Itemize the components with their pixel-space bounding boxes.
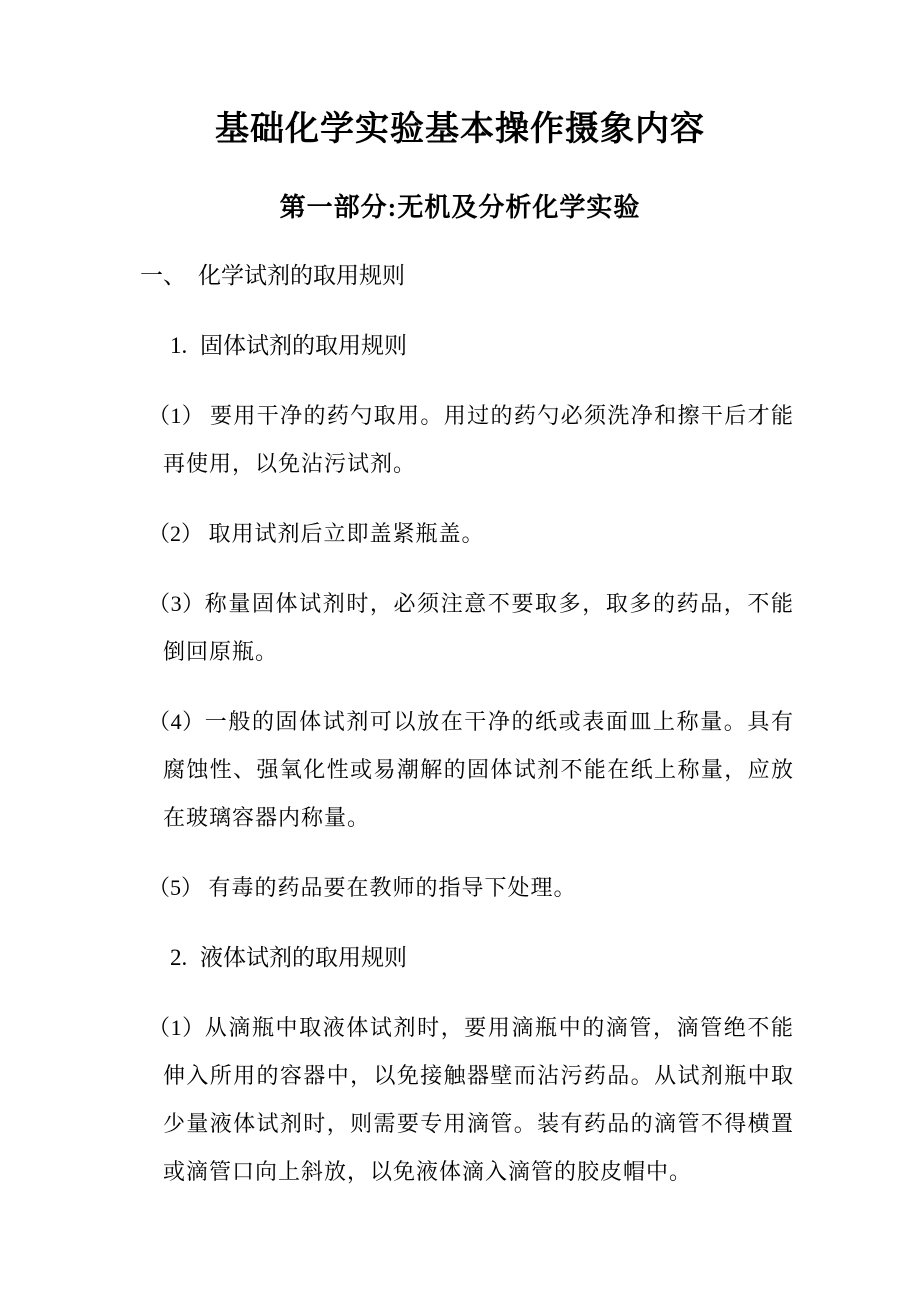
item-text: 要用干净的药勺取用。用过的药勺必须洗净和擦干后才能再使用，以免沾污试剂。 [163, 403, 794, 476]
item-text: 称量固体试剂时，必须注意不要取多，取多的药品，不能倒回原瓶。 [163, 591, 794, 664]
subsection-heading-liquid-reagents: 2.液体试剂的取用规则 [170, 934, 794, 982]
item-text: 取用试剂后立即盖紧瓶盖。 [209, 521, 485, 546]
subsection-heading-text: 固体试剂的取用规则 [200, 333, 407, 358]
subsection-heading-text: 液体试剂的取用规则 [200, 945, 407, 970]
list-item: （3）称量固体试剂时，必须注意不要取多，取多的药品，不能倒回原瓶。 [163, 580, 794, 676]
item-text: 一般的固体试剂可以放在干净的纸或表面皿上称量。具有腐蚀性、强氧化性或易潮解的固体… [163, 709, 794, 830]
section-heading: 一、化学试剂的取用规则 [140, 252, 794, 300]
list-item: （1）从滴瓶中取液体试剂时，要用滴瓶中的滴管，滴管绝不能伸入所用的容器中，以免接… [163, 1004, 794, 1196]
item-text: 有毒的药品要在教师的指导下处理。 [209, 875, 577, 900]
section-number: 一、 [140, 252, 198, 300]
document-page: 基础化学实验基本操作摄象内容 第一部分:无机及分析化学实验 一、化学试剂的取用规… [0, 0, 920, 1302]
item-marker: （1） [148, 403, 210, 428]
document-title: 基础化学实验基本操作摄象内容 [0, 0, 920, 152]
item-text: 从滴瓶中取液体试剂时，要用滴瓶中的滴管，滴管绝不能伸入所用的容器中，以免接触器壁… [163, 1015, 794, 1184]
document-subtitle: 第一部分:无机及分析化学实验 [0, 190, 920, 226]
list-item: （5） 有毒的药品要在教师的指导下处理。 [163, 864, 794, 912]
item-marker: （1） [148, 1015, 205, 1040]
section-heading-text: 化学试剂的取用规则 [198, 263, 405, 288]
list-item: （4）一般的固体试剂可以放在干净的纸或表面皿上称量。具有腐蚀性、强氧化性或易潮解… [163, 698, 794, 842]
subsection-number: 2. [170, 934, 200, 982]
item-marker: （2） [148, 521, 209, 546]
list-item: （2） 取用试剂后立即盖紧瓶盖。 [163, 510, 794, 558]
item-marker: （5） [148, 875, 209, 900]
item-marker: （4） [148, 709, 205, 734]
subsection-number: 1. [170, 322, 200, 370]
item-marker: （3） [148, 591, 205, 616]
list-item: （1） 要用干净的药勺取用。用过的药勺必须洗净和擦干后才能再使用，以免沾污试剂。 [163, 392, 794, 488]
subsection-heading-solid-reagents: 1.固体试剂的取用规则 [170, 322, 794, 370]
